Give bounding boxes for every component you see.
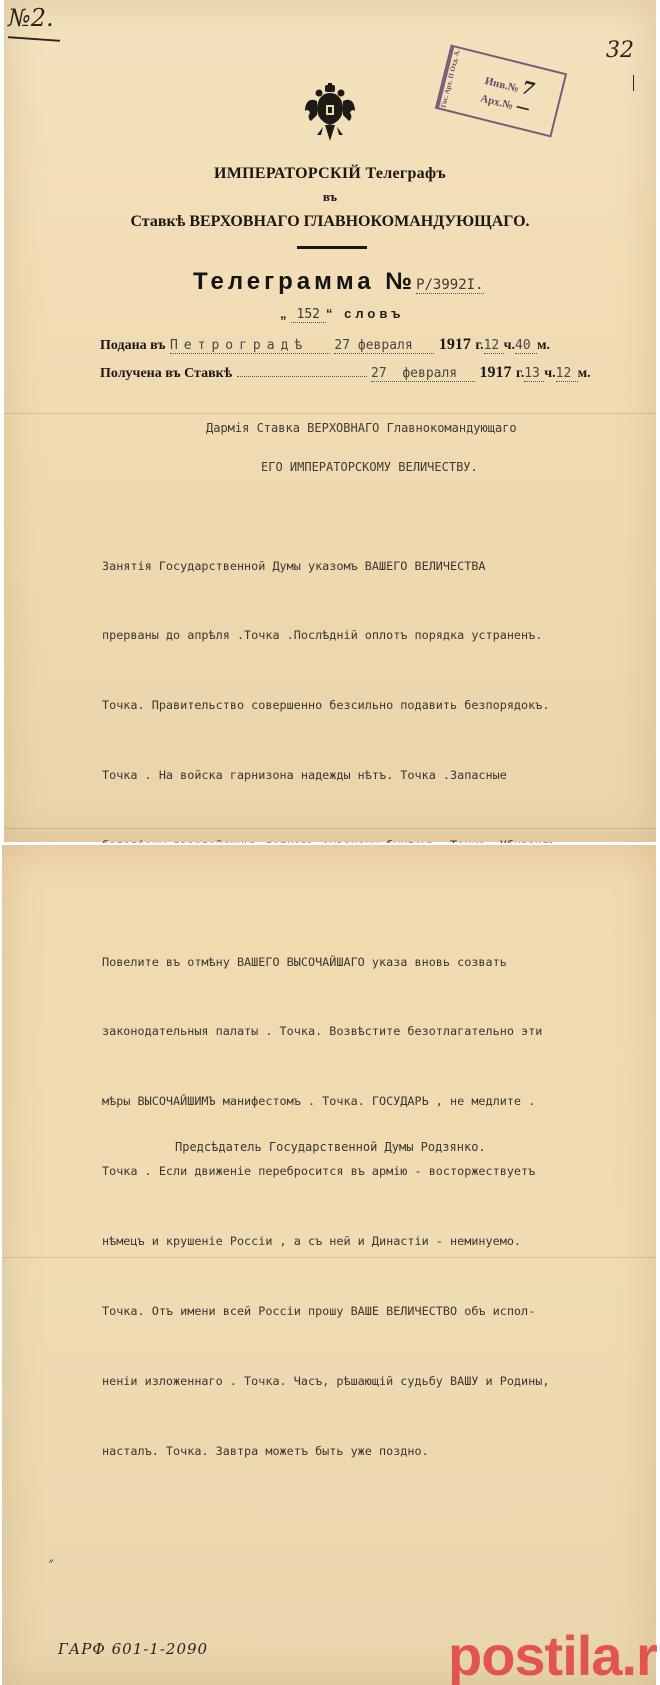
body-line: нѣмецъ и крушеніе Россіи , а съ ней и Ди… [102, 1230, 549, 1253]
received-year: 1917 [479, 364, 511, 381]
body-line: Точка. Отъ имени всей Россіи прошу ВАШЕ … [102, 1300, 549, 1323]
received-label: Получена въ Ставкѣ [100, 366, 232, 381]
site-watermark: postila.ru [448, 1623, 660, 1685]
submitted-year-suffix: г. [475, 338, 483, 353]
body-line: Занятія Государственной Думы указомъ ВАШ… [102, 555, 557, 578]
header-divider [297, 246, 367, 249]
submitted-minute: 40 [515, 338, 537, 354]
telegram-label: Телеграмма № [193, 268, 416, 295]
body-line: Повелите въ отмѣну ВАШЕГО ВЫСОЧАЙШАГО ук… [102, 951, 549, 974]
word-count-value: 152 [291, 307, 326, 323]
submitted-hour-suffix: ч. [504, 338, 515, 353]
received-minute-suffix: м. [578, 366, 591, 381]
received-day: 27 [371, 366, 387, 381]
received-year-suffix: г. [516, 366, 524, 381]
address-line-1: Дармія Ставка ВЕРХОВНАГО Главнокомандующ… [206, 421, 517, 435]
received-minute: 12 [556, 366, 578, 382]
submitted-minute-suffix: м. [537, 338, 550, 353]
folio-number-mark: 32 [606, 38, 634, 63]
received-hour: 13 [524, 366, 544, 382]
received-place-blank [237, 376, 367, 377]
double-headed-eagle-icon [303, 83, 357, 143]
received-date: 27 февраля [371, 366, 475, 382]
received-month: февраля [402, 366, 457, 381]
body-line: насталъ. Точка. Завтра можетъ быть уже п… [102, 1440, 549, 1463]
submitted-month: февраля [358, 338, 413, 353]
header-preposition: въ [0, 189, 660, 205]
submitted-row: Подана въ Петроградѣ 27 февраля 1917 г.1… [100, 336, 550, 354]
body-line: законодательныя палаты . Точка. Возвѣсти… [102, 1020, 549, 1043]
word-count-label: словъ [344, 306, 404, 321]
header-headquarters: Ставкѣ ВЕРХОВНАГО ГЛАВНОКОМАНДУЮЩАГО. [0, 213, 660, 231]
received-hour-suffix: ч. [544, 366, 555, 381]
address-line-2: ЕГО ИМПЕРАТОРСКОМУ ВЕЛИЧЕСТВУ. [261, 460, 478, 474]
archive-reference: ГАРФ 601-1-2090 [58, 1640, 208, 1658]
pen-mark [633, 75, 634, 91]
body-line: мѣры ВЫСОЧАЙШИМЪ манифестомъ . Точка. ГО… [102, 1090, 549, 1113]
telegram-title: Телеграмма №Р/3992I. [193, 268, 484, 296]
telegram-body-page-2: Повелите въ отмѣну ВАШЕГО ВЫСОЧАЙШАГО ук… [102, 904, 549, 1486]
submitted-label: Подана въ [100, 338, 166, 353]
page-number-mark: №2. [8, 4, 54, 32]
body-line: прерваны до апрѣля .Точка .Послѣдній опл… [102, 624, 557, 647]
submitted-day: 27 [334, 338, 350, 353]
stamp-archive-label: Арх.№ [479, 92, 514, 112]
telegram-number: Р/3992I. [416, 277, 483, 294]
stamp-archive-value: — [514, 98, 531, 117]
stamp-inventory-value: 7 [519, 77, 536, 100]
word-count-line: „152“ словъ [280, 306, 405, 322]
pencil-mark: ״ [48, 1555, 53, 1572]
submitted-year: 1917 [439, 336, 471, 353]
body-line: Точка . На войска гарнизона надежды нѣтъ… [102, 764, 557, 787]
header-imperial-telegraph: ИМПЕРАТОРСКІЙ Телеграфъ [0, 165, 660, 183]
body-line: Точка. Правительство совершенно безсильн… [102, 694, 557, 717]
body-line: Точка . Если движеніе перебросится въ ар… [102, 1160, 549, 1183]
submitted-place: Петроградѣ [170, 338, 330, 354]
submitted-hour: 12 [484, 338, 504, 354]
paper-fold [4, 413, 656, 414]
received-row: Получена въ Ставкѣ 27 февраля 1917 г.13ч… [100, 364, 591, 382]
body-line: неніи изложеннаго . Точка. Часъ, рѣшающі… [102, 1370, 549, 1393]
signature-line: Предсѣдатель Государственной Думы Родзян… [175, 1140, 486, 1154]
submitted-date: 27 февраля [334, 338, 434, 354]
